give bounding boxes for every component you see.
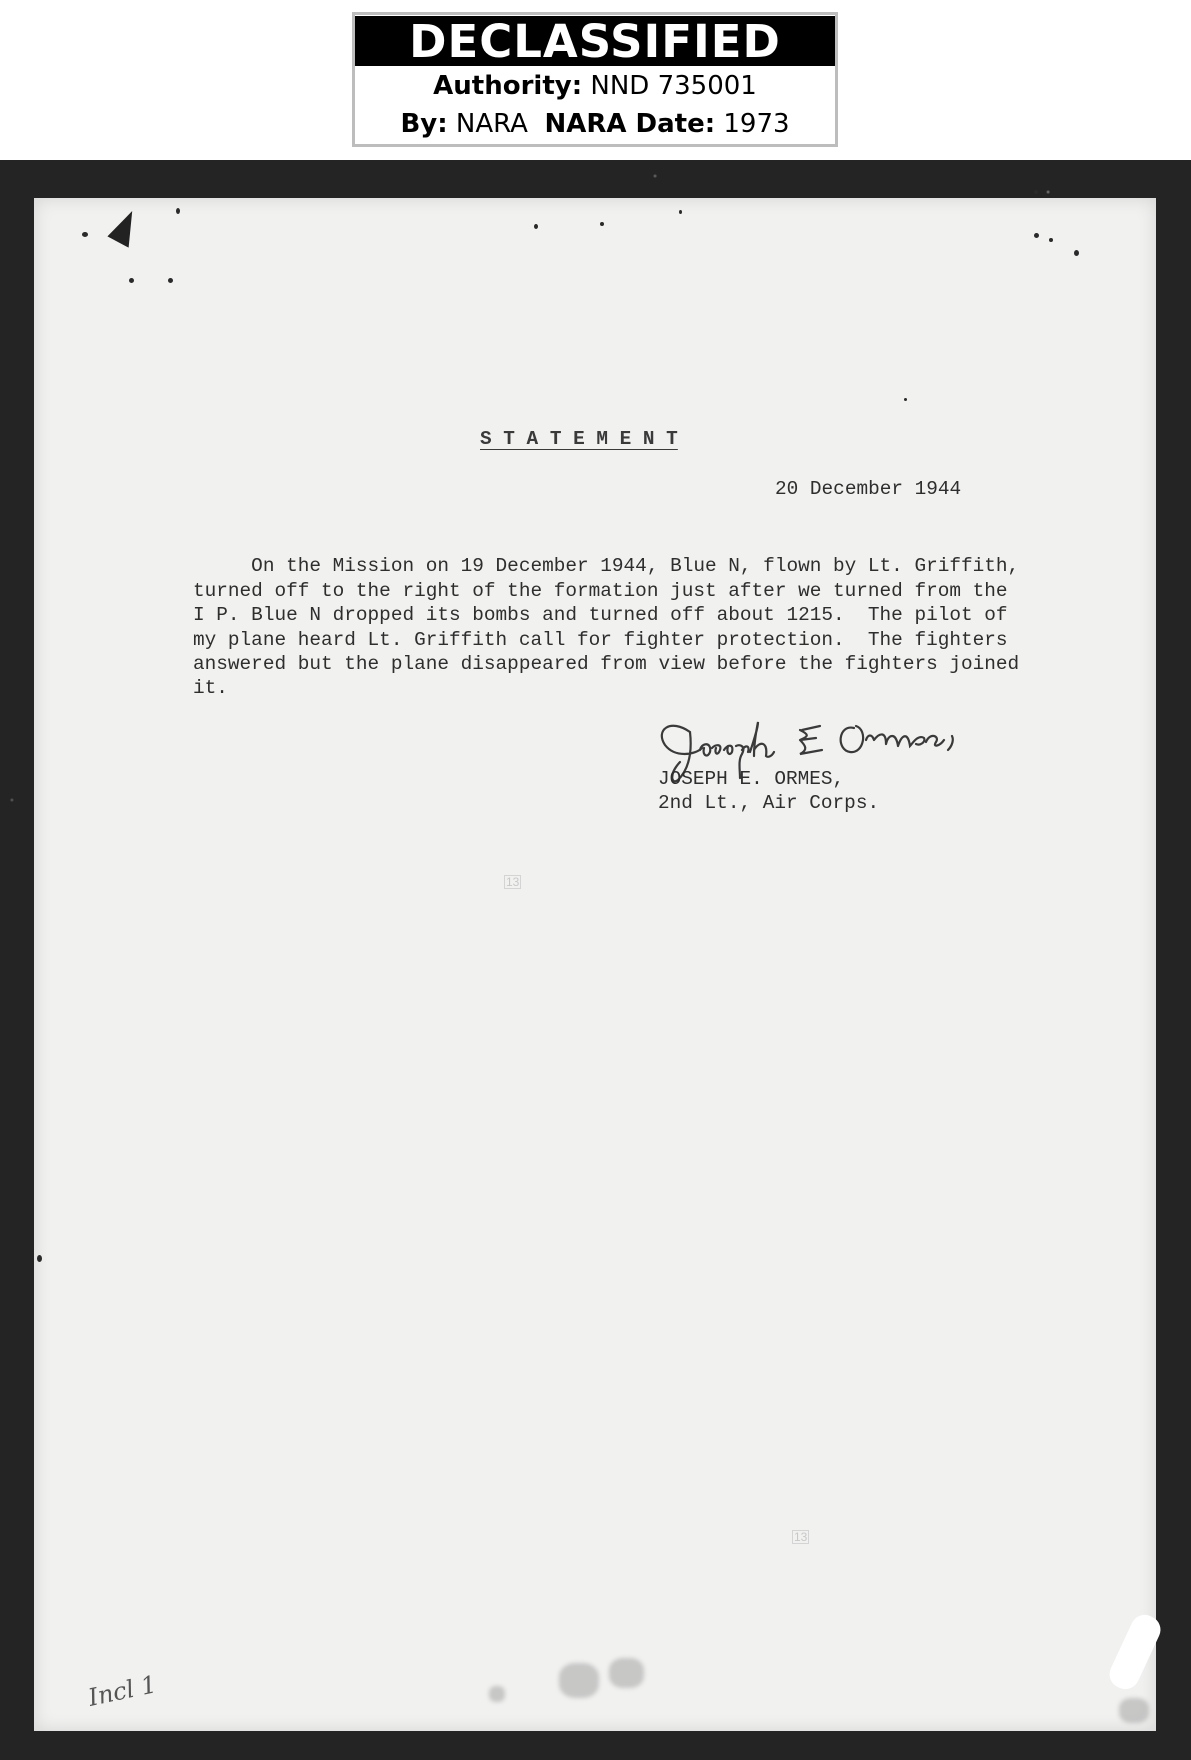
signer-rank: 2nd Lt., Air Corps. [658, 792, 879, 814]
declassified-stamp: DECLASSIFIED Authority: NND 735001 By: N… [352, 12, 838, 147]
document-title: S T A T E M E N T [480, 428, 678, 450]
speck [129, 278, 134, 283]
smudge [489, 1686, 505, 1702]
speck [82, 232, 88, 237]
body-line: my plane heard Lt. Griffith call for fig… [193, 629, 1008, 651]
speck [904, 398, 907, 401]
body-line: it. [193, 677, 228, 699]
speck [679, 210, 682, 214]
nara-date-label: NARA Date: [544, 109, 715, 139]
smudge [1119, 1698, 1149, 1723]
authority-label: Authority: [433, 71, 582, 101]
page-number-mark: 13 [792, 1530, 809, 1544]
document-date: 20 December 1944 [775, 478, 961, 500]
body-line: On the Mission on 19 December 1944, Blue… [193, 555, 1019, 577]
body-line: I P. Blue N dropped its bombs and turned… [193, 604, 1008, 626]
speck [37, 1255, 42, 1262]
body-line: answered but the plane disappeared from … [193, 653, 1019, 675]
speck [1034, 233, 1039, 238]
speck [1049, 238, 1053, 242]
speck [176, 208, 180, 214]
by-value: NARA [456, 109, 528, 139]
scan-frame [0, 160, 1191, 1760]
speck [534, 224, 538, 229]
stamp-heading: DECLASSIFIED [355, 16, 835, 66]
smudge [559, 1663, 599, 1698]
stamp-by-date: By: NARA NARA Date: 1973 [355, 109, 835, 139]
small-page-mark: 13 [504, 875, 521, 889]
body-line: turned off to the right of the formation… [193, 580, 1008, 602]
ink-blot [107, 206, 144, 247]
signer-name: JOSEPH E. ORMES, [658, 768, 844, 790]
smudge [609, 1658, 644, 1688]
speck [600, 222, 604, 226]
damage-spot [1105, 1610, 1165, 1693]
stamp-authority: Authority: NND 735001 [355, 71, 835, 101]
nara-date-value: 1973 [723, 109, 789, 139]
authority-value: NND 735001 [590, 71, 756, 101]
speck [168, 278, 173, 283]
speck [1034, 190, 1038, 194]
speck [1074, 250, 1079, 256]
by-label: By: [400, 109, 447, 139]
